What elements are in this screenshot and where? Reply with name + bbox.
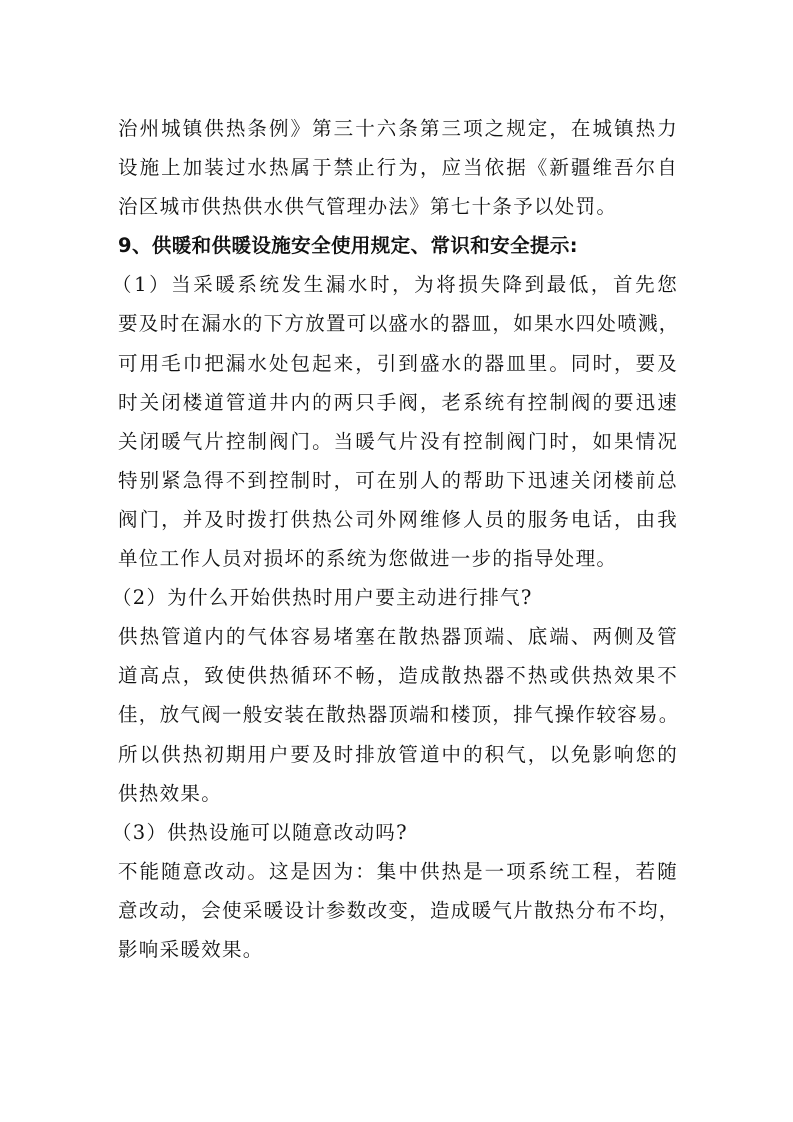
text-line: 设施上加装过水热属于禁止行为，应当依据《新疆维吾尔自 [118, 148, 678, 187]
text-line: 要及时在漏水的下方放置可以盛水的器皿，如果水四处喷溅， [118, 304, 678, 343]
continuation-paragraph: 治州城镇供热条例》第三十六条第三项之规定，在城镇热力 设施上加装过水热属于禁止行… [118, 109, 678, 226]
item-3-answer: 不能随意改动。这是因为：集中供热是一项系统工程，若随 意改动，会使采暖设计参数改… [118, 852, 678, 969]
text-line: 关闭暖气片控制阀门。当暖气片没有控制阀门时，如果情况 [118, 422, 678, 461]
item-3-question: （3）供热设施可以随意改动吗? [112, 813, 678, 852]
item-1-paragraph: （1）当采暖系统发生漏水时，为将损失降到最低，首先您 要及时在漏水的下方放置可以… [118, 265, 678, 578]
text-line: 道高点，致使供热循环不畅，造成散热器不热或供热效果不 [118, 656, 678, 695]
text-line: 单位工作人员对损坏的系统为您做进一步的指导处理。 [118, 539, 678, 578]
text-line: 供热管道内的气体容易堵塞在散热器顶端、底端、两侧及管 [118, 617, 678, 656]
text-line: 治州城镇供热条例》第三十六条第三项之规定，在城镇热力 [118, 109, 678, 148]
text-line: 意改动，会使采暖设计参数改变，造成暖气片散热分布不均， [118, 891, 678, 930]
section-heading: 9、供暖和供暖设施安全使用规定、常识和安全提示: [118, 226, 678, 265]
text-line: 供热效果。 [118, 774, 678, 813]
document-page: 治州城镇供热条例》第三十六条第三项之规定，在城镇热力 设施上加装过水热属于禁止行… [0, 0, 793, 1122]
item-2-answer: 供热管道内的气体容易堵塞在散热器顶端、底端、两侧及管 道高点，致使供热循环不畅，… [118, 617, 678, 812]
item-2-question: （2）为什么开始供热时用户要主动进行排气? [112, 578, 678, 617]
text-line: 所以供热初期用户要及时排放管道中的积气，以免影响您的 [118, 735, 678, 774]
text-line: 佳，放气阀一般安装在散热器顶端和楼顶，排气操作较容易。 [118, 695, 678, 734]
text-line: 可用毛巾把漏水处包起来，引到盛水的器皿里。同时，要及 [118, 344, 678, 383]
text-line: 阀门，并及时拨打供热公司外网维修人员的服务电话，由我 [118, 500, 678, 539]
document-body: 治州城镇供热条例》第三十六条第三项之规定，在城镇热力 设施上加装过水热属于禁止行… [118, 109, 678, 969]
text-line: 治区城市供热供水供气管理办法》第七十条予以处罚。 [118, 187, 678, 226]
text-line: 特别紧急得不到控制时，可在别人的帮助下迅速关闭楼前总 [118, 461, 678, 500]
text-line: 不能随意改动。这是因为：集中供热是一项系统工程，若随 [118, 852, 678, 891]
text-line: 时关闭楼道管道井内的两只手阀，老系统有控制阀的要迅速 [118, 383, 678, 422]
text-line: （1）当采暖系统发生漏水时，为将损失降到最低，首先您 [112, 265, 678, 304]
text-line: 影响采暖效果。 [118, 930, 678, 969]
